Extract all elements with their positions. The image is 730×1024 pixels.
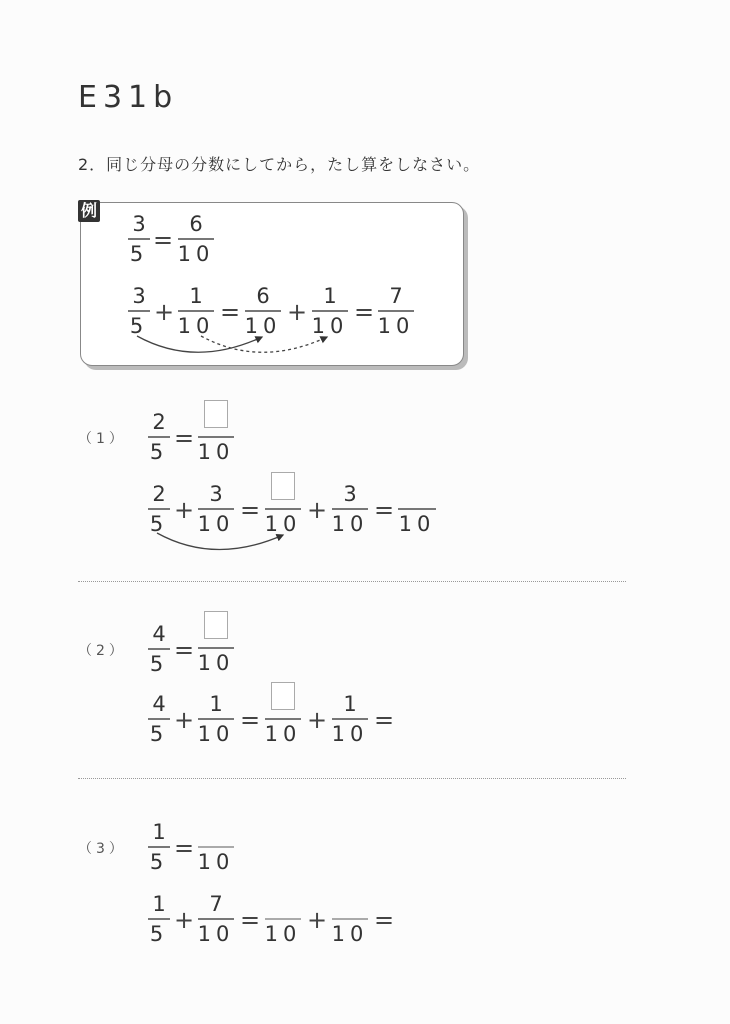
fraction: 45 (148, 690, 170, 748)
fraction: 710 (198, 890, 234, 948)
equals-sign: = (240, 495, 260, 525)
fraction: 10 (198, 400, 234, 466)
divider (78, 581, 626, 582)
fraction: 25 (148, 480, 170, 538)
fraction: 10 (332, 890, 368, 948)
fraction: 310 (332, 480, 368, 538)
fraction: 15 (148, 818, 170, 876)
fraction: 25 (148, 408, 170, 466)
question-label: （1） (78, 428, 127, 448)
fraction: 10 (265, 472, 301, 538)
divider (78, 778, 626, 779)
equals-sign: = (374, 705, 394, 735)
equals-sign: = (174, 635, 194, 665)
answer-box[interactable] (204, 611, 228, 639)
question-label: （3） (78, 838, 127, 858)
equals-sign: = (240, 705, 260, 735)
answer-box[interactable] (204, 400, 228, 428)
fraction: 10 (398, 480, 436, 538)
equals-sign: = (374, 905, 394, 935)
plus-sign: + (174, 905, 194, 935)
fraction: 10 (265, 890, 301, 948)
fraction: 310 (198, 480, 234, 538)
fraction: 110 (198, 690, 234, 748)
plus-sign: + (307, 495, 327, 525)
fraction: 10 (198, 818, 234, 876)
plus-sign: + (307, 705, 327, 735)
equals-sign: = (174, 833, 194, 863)
fraction: 45 (148, 620, 170, 678)
equals-sign: = (374, 495, 394, 525)
plus-sign: + (307, 905, 327, 935)
equals-sign: = (174, 423, 194, 453)
fraction: 10 (198, 611, 234, 677)
fraction: 15 (148, 890, 170, 948)
answer-box[interactable] (271, 682, 295, 710)
fraction: 10 (265, 682, 301, 748)
answer-box[interactable] (271, 472, 295, 500)
fraction: 110 (332, 690, 368, 748)
plus-sign: + (174, 495, 194, 525)
plus-sign: + (174, 705, 194, 735)
equals-sign: = (240, 905, 260, 935)
question-label: （2） (78, 640, 127, 660)
